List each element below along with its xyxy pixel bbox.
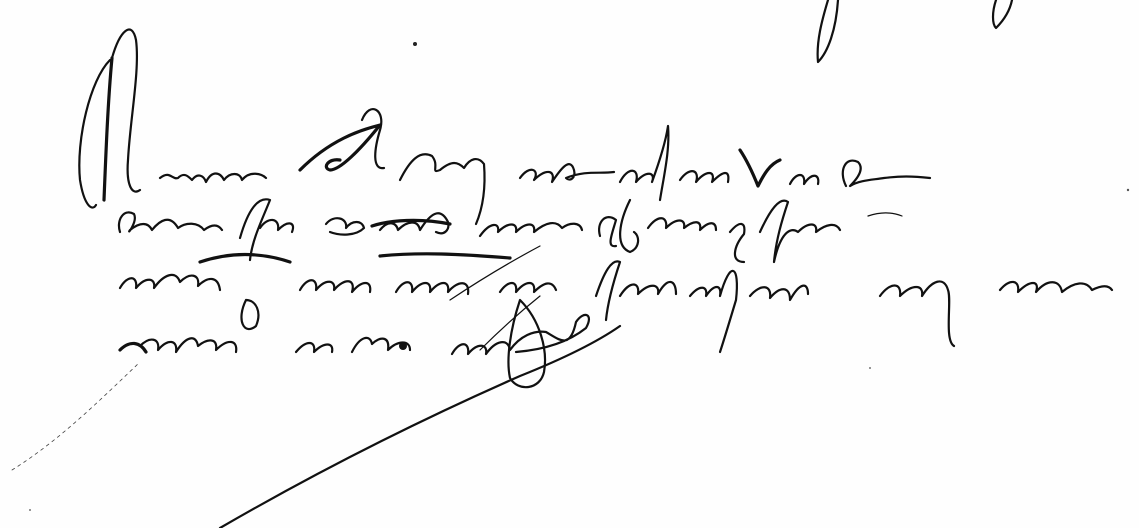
manuscript-line-3: de la yglesia de Santo Domingo … fecha e… (115, 270, 671, 295)
handwriting-strokes (0, 0, 1139, 528)
manuscript-line-4: … de … mayo (115, 332, 267, 357)
manuscript-line-2: bastian … en la noble cibdad de Calahorr… (115, 212, 695, 237)
manuscript-line-1: En un (sic) mediado del mes de hebrero d… (150, 160, 992, 185)
manuscript-page: En un (sic) mediado del mes de hebrero d… (0, 0, 1139, 528)
